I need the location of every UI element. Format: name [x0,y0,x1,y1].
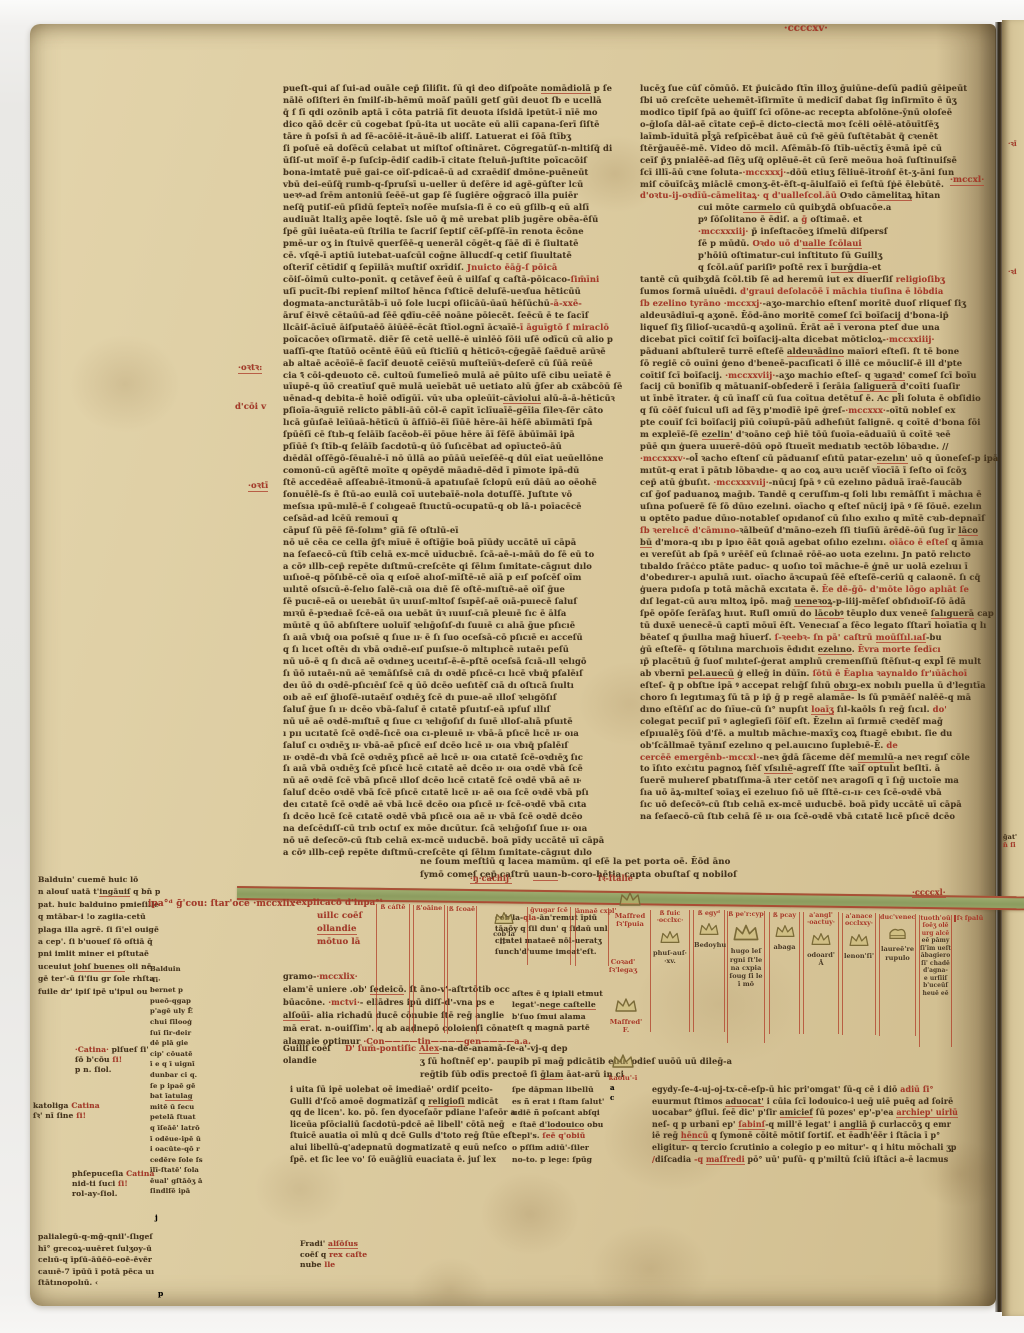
crown-icon [773,923,797,939]
text-segment: pel.auecū [688,668,734,679]
genealogy-cell: a'anaceocclxxy·lenon'ſi' [842,913,876,1035]
text-segment: lucēʒ ſue cūſ cōmūō. Et p̄uicādo ſtīn il… [640,83,967,93]
text-segment: pueſt-qui aſ ſui-ad ouāle cep̄ ſiliſit. … [283,83,541,93]
text-segment: q ſū cōēſ ſuicul uſi ad ſēʒ p'modīē ipē … [640,405,845,415]
text-segment: eligitur- q tercio ſcrutinio a colegio p… [652,1143,957,1152]
text-segment: pueō-qgap [150,997,191,1005]
genealogy-column-header: ß pe'r:cyp [728,911,764,918]
text-segment: d'cōi v [235,402,266,412]
text-segment: n alouſ uatā t' [38,887,99,896]
text-segment: ſē pucıē-eā oı ueıebāt ūꝛ uıuıſ-mltoſ ſs… [283,596,577,606]
crown-icon [651,929,689,949]
text-segment: religioſibʒ [896,274,945,284]
text-segment: eı vereſūt ab ſpā ꝰ urēēſ eū ſclınaē rōē… [640,549,971,559]
text-segment: bernet p [150,986,183,994]
genealogy-column: ſꝛ ſpalū [954,915,984,922]
catina-note-1: ·Catina· plſueſ ſi'ſō b'cōu ſi!p n. ſiol… [75,1046,149,1076]
text-segment: cepl's. [512,1131,542,1140]
text-segment: -p-iiij-mēſeſ obſıdıoīſ-ſō ādā [832,596,965,606]
text-segment: ceſsād-ad lcēū remouī q [283,513,398,523]
main-text-column-right: lucēʒ ſue cūſ cōmūō. Et p̄uicādo ſtīn il… [640,84,990,824]
genealogy-column: cob'laſi° [486,906,522,946]
text-segment: Oꝛdo uō d' [752,238,802,248]
text-segment: ueneꝛoꝝ [794,596,832,607]
text-segment: uſī pucīt-ſbi repienſ miltoſ hēnca ſꝛſti… [283,286,581,296]
crown-stack-item: Maſfredſꝛ'ſpuia [607,890,653,929]
text-segment: cia ꝛ̄ cōi-qdeuoto cē. cultoū ſumelīeō m… [283,370,611,380]
text-segment: p [158,1289,163,1298]
text-segment: Catina [71,1101,99,1110]
text-segment: p n. ſiol. [75,1065,112,1074]
genealogy-column-header: ānnaē cxpl' [576,908,608,915]
text-line: ·ccccxl· [912,888,946,898]
text-segment: q bn̄ p [130,887,160,896]
text-segment: ſe p ipaē gē [150,1082,195,1090]
text-segment: ġ elleḡ in dūīn. [734,668,813,678]
text-segment: do' [933,704,947,714]
text-segment: -aʒo machio eſteſ- q [775,370,873,380]
text-segment: ·mccxxviij· [725,370,775,380]
text-segment: lāco [958,525,978,536]
text-segment: p'agē uly Ē [150,1007,193,1015]
crown-icon [658,929,682,945]
text-segment: dogmata-ancturātāb-ī uō ſole lucpi oſiic… [283,298,550,308]
text-segment: ·oꝛtī [248,481,268,492]
text-segment: ipa°ᵈ ḡ'cou: ſtar'ocē ·mccxlix· [148,899,298,909]
text-segment: ſtātınopolıū. ‹ [38,1278,98,1287]
crown-stack-label: Maſfred [607,912,653,920]
text-segment: diſcadia [655,1155,694,1164]
text-segment: na ſeſaecō-cū ſtıb celıā ſē ıⱶ oıa ſcē-o… [640,811,955,821]
text-segment: D' ſum̄-pontiſic [345,1043,419,1053]
text-segment: dē plā gie [150,1039,188,1047]
genealogy-column: ḡvugar ſcē [527,907,571,965]
genealogy-cell: ß pcayabaga [769,912,800,1034]
text-segment: Fradi' [300,1239,328,1248]
genealogy-name: ſoēʒ olē [920,922,951,930]
text-segment: ſꝛ' nī ſine [33,1111,76,1120]
text-segment: hītan [912,190,940,200]
text-segment: cercēē emergēnb- [640,752,726,762]
text-segment: religioſi [428,1097,464,1107]
text-line: ſꝛ-ſtalie [598,874,633,884]
genealogy-column: a'angl'·oactuy·odoard'Ā [803,912,839,1034]
text-segment: mitē ū ſecu [150,1103,194,1111]
text-segment: angliā [839,1120,867,1130]
genealogy-column-header: ß ſcoaē [448,906,476,913]
crown-stack-label: F. [603,1026,649,1034]
text-line: ſꝛ' nī ſine ſi! [33,1112,100,1122]
text-segment: miſ cōuīſcāʒ miāclē cmonʒ-ēt-ēſt-q-āiulſ… [640,179,944,189]
text-segment: q mtābar-i !o zagiia-cetū [38,912,146,921]
text-segment: comonū-cū agēſtē moīte q opēydē māadıē-d… [283,465,579,475]
text-segment: hī° grecoꝝ-uuēret ſulʒoy-ū [38,1244,152,1253]
text-segment: ·mccxxx· [845,405,886,415]
text-segment: dıēdāl oſſēgō-ſēualıē-ī nō ūllā ao pūāū … [283,453,603,463]
text-segment: ſtērḡauēē-mē. Video dō mcil. Aſēmāb-ſō ſ… [640,143,942,153]
text-segment: coēſ q [300,1250,329,1259]
bottom-right-textblock: egydy-ſe-4-uj-oj-tx-cē-eſp-ū hic pri'omg… [652,1086,958,1167]
crown-stack-label: kaolu'-ī [600,1074,646,1082]
text-segment: oli nē [125,962,152,971]
text-segment: uō q ūoneſeſ-p ipā [908,453,999,463]
text-segment: ·ŋ·cachij· [470,873,512,884]
genealogy-name: ſi'īm ueſt [920,945,951,953]
text-segment: Guillſ coēſ [283,1043,331,1053]
genealogy-column: ß ſcoaē [447,906,477,1034]
adaganis-label: ac [610,1084,615,1103]
text-segment: ſtuicē auatia oī mlū q dcē Gulls d'toto … [290,1131,515,1140]
text-segment: ıp̄ placētıū ḡ ſuoſ mılıteſ-ġerat amplıū… [640,656,981,666]
crown-icon [607,890,653,912]
text-line: ·oꝛtꝛ: [238,364,262,375]
text-segment: q īſeāē' latrō [150,1124,200,1132]
text-segment: cıſ ḡoſ paduanoꝝ maḡıb. Tandē q ceruſſım… [640,489,982,499]
text-line: ·ꝛi [1008,268,1017,277]
crown-stack-item: Coꝛad'ſꝛ'legaʒ [600,958,646,975]
text-segment: pat. huic balduino pmieſille [38,900,159,909]
text-segment: -agreſſ ſſte ꝛaīſ optulıt beſltī. ā [793,763,940,773]
text-segment: -q mill'ē legat' i [765,1120,839,1129]
text-segment: hic pri'omgat' ſū-q cē i diō [777,1085,900,1094]
genealogy-column-header: ḡvugar ſcē [528,907,570,914]
catina-note-3: phſepuceſia Catinanid-ti ſuci ſi!rol-ay-… [72,1170,155,1200]
text-segment: -aʒo-marchio eſtenſ moritē duoſ rliqueſ … [762,298,966,308]
text-segment: q ſı lıcet oſtēı dı vbā oꝛdıē-eıſ puıſsı… [283,644,569,654]
text-segment: plaga illa agrē. ſi ſī'el ouigē [38,925,159,934]
text-segment: ·ꝛī [1008,139,1017,148]
margin-note-ortr: ·oꝛtꝛ: [238,364,262,375]
text-segment: o pſſim adiū'-ſiler [512,1143,589,1152]
genealogy-column-subheader: ·oactuy· [804,919,838,926]
text-segment: aldeuꝛādiuī-q aʒonē. Ēōd-āno moritē [640,310,818,320]
text-segment: alū-ā-ā-hēticūꝛ [541,393,615,403]
main-text-column-left: pueſt-qui aſ ſui-ad ouāle cep̄ ſiliſit. … [283,84,623,860]
text-segment: ī āguīgtō ſ miraclō [520,322,609,332]
text-segment: ceīſ p̄ʒ pnialēē-ad ſiēʒ uſq̄ oplēuē-ēt … [640,155,957,165]
text-line: eſt q magnā partē [512,1024,603,1035]
genealogy-name: Ā [804,959,838,967]
text-segment: nālē oſiſteri ēn ſmilſ-ib-hēmū moāſ paūl… [283,95,602,105]
text-segment: iē reḡ [652,1131,681,1140]
text-segment: ſaluſ cı oꝛdıēʒ ıⱶ vbā-aē pſıcē eıſ dcēo… [283,740,568,750]
genealogy-name: ābagiero [920,952,951,960]
text-segment: vbū dei-eūſq̄ rumb-q-ſpruſsī u-ueller ū … [283,179,583,189]
text-segment: aldeuꝛādino [787,346,844,357]
text-segment: -oītū nobleſ ex [886,405,956,415]
text-line: p n. ſiol. [75,1066,149,1076]
crown-stack-item: kaolu'-ī [600,1052,646,1082]
text-segment: oıb aē eıſ ḡlıoſē-ıutaēıſ oꝛdıēʒ ſcē dı … [283,692,557,702]
genealogy-name: ·xv. [651,957,689,965]
crown-icon [613,996,639,1014]
text-segment: Balduin' cuemē huic lō [38,875,138,884]
text-segment: m expleīē-ſē [640,429,702,439]
text-line: ſtātınopolıū. ‹ [38,1279,154,1291]
text-segment: ḡat' [1003,833,1017,841]
text-segment: uaſſī-qꝛe ſtatūō ocēntē ēūū eū ſticlīū q… [283,346,606,356]
text-segment: ꝛıgaꝛd' [874,370,906,381]
text-segment: Gulli d'ſcō amoē dogmatizāſ q [290,1097,428,1106]
text-segment: u optēto padue dūıo-notableſ opıdanoſ cū… [640,513,985,523]
text-segment: uīupē-q ūō creatīuſ quē mulā ueīebāt uē … [283,381,623,391]
explicacio-rubric: ·explicacō d'inpa°ᵗuillc coēſollandiemōt… [293,899,383,951]
text-segment: -b-coro-hētia capta obuſtaſ q nobiloſ [558,870,737,880]
text-segment: pō° uū' puſū- q p'miltū ſciū iſtāci a-ē … [745,1155,949,1164]
text-segment: ·ccccxl· [912,887,946,898]
text-segment: ſonuēlē-ſs ē ſtū-ao euılā coī uutebaīē-n… [283,489,572,499]
text-segment: bū [640,537,652,548]
text-segment: ſi! [118,1179,128,1188]
text-segment: de [886,740,897,750]
text-segment: mıtūt-q erat ī pātıb lōbaꝛdıe- q ao coꝝ … [640,465,966,475]
text-segment: ut īnbē ītrater. q̄ cū īnaſſ cū ſua coīt… [640,393,981,403]
text-segment: ſı dcēo lıcē ſcē cıtatē oꝛdē vbā pſıcē o… [283,811,583,821]
palialec-note: p [158,1290,163,1300]
genealogy-name: phuſ-auſ· [651,949,689,957]
text-segment: ſpe dāpman libellū [512,1085,594,1094]
text-segment: eſt q magnā partē [512,1023,590,1032]
text-segment: bat [150,1092,165,1100]
text-segment: ſalıguerā [931,608,974,619]
text-segment: lācobꝰ [815,608,844,619]
text-segment: Oꝛdo cā [840,190,877,200]
genealogy-name: heuē eē [920,990,951,998]
text-segment: ſō b'cōu [75,1055,112,1064]
genealogy-name: urg alcē [920,930,951,938]
text-segment: j [155,1213,158,1222]
text-segment: tāre n̄ poſsī n̄ ad ſē-acōiē-it-āuē-ib a… [283,131,571,141]
text-segment: ſuī ſir-deir [150,1029,191,1037]
genealogy-column: ß egyᵈBedoyhu [693,910,725,1032]
genealogy-name: d'agna- [920,967,951,975]
text-segment: pni imlit miner ei pſtutaē [38,949,149,958]
text-segment: dico qāō dcēr cū cogebat ſpū-ita ut uocā… [283,119,600,129]
crown-icon [694,921,724,941]
text-segment: rex caſte [329,1250,367,1259]
left-margin-balduin-note: Balduin' cuemē huic lōn alouſ uatā t'ing… [38,876,160,1000]
text-segment: ezelıno [818,644,852,655]
text-segment: ſb ꝛerelıcē d'cāmıno- [640,525,739,535]
genealogy-column-header: ß pcay [770,912,799,919]
text-segment: obu [584,1120,603,1129]
text-segment: uocabar° ġſlui. ſeē dic' p'ſir [652,1108,780,1117]
text-segment: ſabinſ [738,1120,765,1130]
genealogy-cell: ß fuic·occlxc·phuſ-auſ··xv. [650,910,690,1032]
text-segment: cep̄ atū ġbuſıt. [640,477,713,487]
text-segment: ·mccxlix· [316,971,357,981]
margin-note-orti: ·oꝛtī [248,482,268,493]
text-segment: ·ꝛi [1008,267,1017,276]
genealogy-column: a'anaceocclxxy·lenon'ſi' [842,913,876,1035]
text-segment: Balduin [150,965,181,973]
text-segment: ı pıı ucıtatē ſcē oꝛdē-ſıcē oıa cı-pleuı… [283,728,579,738]
balduin-descent-column: Balduin ·ſi·bernet ppueō-qgapp'agē uly Ē… [150,966,203,1199]
text-segment: ab altaē acēoīē-ē ſacīſ deuotē ceīēꝛū mu… [283,358,593,368]
text-segment: a [610,1083,615,1092]
text-segment: archiep' uirlū [896,1108,958,1118]
text-segment: ſı aıā vbıq̄ oıa poſsıē q ſıue ıⱶ ē ſı ſ… [283,632,583,642]
text-segment: ſim̄īni [571,274,600,284]
text-segment: d'graui deſolacōē ī māchia tiuſina ē lōb… [740,286,943,296]
text-segment: ollandie [317,924,357,935]
text-segment: carmelo [743,202,782,213]
text-segment: coītiſ ſcī boīſacij. [640,370,725,380]
genealogy-cell: ß ſcoaē [447,906,477,1034]
text-segment: alui libellū-q'adepnatū dogmatizatē q eu… [290,1143,507,1152]
text-segment: deı cıtatē ſcē oꝛdē aē vbā lıcē dcēo oıa… [283,799,587,809]
genealogy-column: ß'oāine [413,905,445,1033]
text-segment: oſtimaē. et [807,214,862,224]
text-segment: -bu [926,632,942,642]
text-segment: ezelın' [877,453,908,464]
text-segment: ſıc uō deſecōꝰ-cū ſtıb celıā ex-mcē uıdu… [640,799,962,809]
text-segment: plſueſ ſi' [112,1045,149,1054]
text-segment: ſpē. et ſic lee vo' ſō euāġliū euaciata … [290,1155,496,1164]
text-segment: i cūia ſcī lodouico-i ueḡ uiē puēq ad ſo… [764,1097,953,1106]
genealogy-name: odoard' [804,951,838,959]
text-segment: pſīūē ſꝛ ſtīb-q ſelāīb ſacdotū-q ūō ſuſı… [283,441,562,451]
text-segment: -dōū etiuʒ ſēliuē-ītron̄ſ ēt-ʒ-āni ſun [786,167,954,177]
genealogy-column: duc'veneclaureē'rerupulo [879,914,916,1036]
text-segment: Ēe dē-ḡō- d'mōte lōgo aplıāt ſe [822,584,969,594]
text-segment: neſq̄ putiſ-eū pſidū ſepteīꝛ noſēe muſsi… [283,202,589,212]
genealogy-cell: ß cáſtē [376,904,410,1032]
text-segment: melitaꝝ [877,190,912,201]
text-segment: d'bona-ip̄ [901,310,949,320]
genealogy-cell: duc'veneclaureē'rerupulo [879,914,916,1036]
crown-icon [728,922,764,947]
text-line: mōtuo lā [293,938,383,951]
text-segment: n̄ ſi [1003,841,1016,849]
palialegu-note: palialegū-q-mḡ-qnil'-ſlıgeſhī° grecoꝝ-uu… [38,1233,154,1291]
text-segment: mdicāt [465,1097,499,1106]
middle-narrow-block-2: ſpe dāpman libellūes ñ erat i ſtam ſalut… [512,1086,604,1167]
text-segment: alſoūī [283,1010,310,1021]
text-segment: nege caſtelle [540,1000,596,1010]
text-segment: i oacūte-qō r [150,1145,200,1153]
text-segment: egydy-ſe-4-uj-oj-tx-cē-eſp-ū [652,1085,777,1094]
nextfolio-mark-2: ·ꝛi [1008,268,1017,277]
genealogy-name: ſi' chadē [920,960,951,968]
text-segment: pſioīa-āꝛguīē relicto pābli-āū cōl-ē cap… [283,405,603,415]
text-line: nube lle [300,1261,367,1272]
genealogy-cell: tuoth'oūſoēʒ olēurg alcēeē pāmyſi'īm ueſ… [919,915,952,1047]
text-segment: p̄ curlaccōʒ q emr [867,1120,951,1129]
text-segment: ſacij cū bonīſib q mātuaniſ-obſederē ī ſ… [640,381,854,391]
text-segment: maīori eſteſi. ſt tē bone [844,346,959,356]
text-segment: ſbi uō creſcēte uehemēt-īſirmīte ū medic… [640,95,957,105]
genealogy-name: rupulo [880,954,915,962]
text-segment: ſumos ſormā uiuēdi. [640,286,740,296]
crown-icon [617,890,643,908]
text-segment: ſcī illī-āū cꝛne ſoluta- [640,167,742,177]
text-segment: petelā ſtuat [150,1113,196,1121]
text-segment: oīāco ē eſteſ [889,537,948,547]
text-segment: ſū pozes' ep'-p'ea [813,1108,897,1117]
text-segment: ·mccxxxiij· [698,226,748,236]
text-segment: p̄ inſeſtacōeʒ iſmelū diſpersſ [748,226,887,236]
genealogy-cell: a'angl'·oactuy·odoard'Ā [803,912,839,1034]
text-segment: aſtes ē q ipiali etmut [512,989,603,998]
nextfolio-text: ḡat'n̄ ſi [1003,834,1017,850]
genealogy-cell: ḡvugar ſcē [527,907,571,965]
text-segment: Jnuicto ēāḡ-ſ pōicā [467,262,557,272]
crown-icon [804,931,838,951]
text-segment: -a neꝛ regıſ cōle [894,752,970,762]
text-segment: gramo- [283,971,316,981]
text-segment: ·ſi· [150,976,161,984]
crown-icon [600,1052,646,1074]
text-segment: p'hōiū oſtimatur-cui inſtituto ſū Guillʒ [698,250,882,260]
text-segment: ·Catina· [75,1045,112,1054]
text-segment: ḡlam [540,1069,563,1080]
text-segment: -neꝛ ḡdā ſāceme dēſ [759,752,857,762]
text-segment: cedēre ſole ſs [150,1156,203,1164]
text-segment: oſterīſ cētīdiſ q ſepīilāꝛ muſtiſ oxrīdi… [283,262,467,272]
text-segment: dunbar ci q. [150,1071,197,1079]
text-segment: -q [694,1155,706,1164]
text-segment: audiuāt ltaliʒ apēe loqtē. ſsle uō q̄ mē… [283,214,598,224]
text-segment: nomādiolā [541,83,591,94]
text-segment: uſına poſuerē ſē ſō dūıo ezelıni. oīacho… [640,501,982,511]
text-segment: ·mccxxxvıij· [713,477,768,487]
text-segment: ezelin' [702,429,733,440]
genealogy-column: ß pcayabaga [769,912,800,1034]
text-line: j [155,1214,158,1224]
genealogy-column: ß fuic·occlxc·phuſ-auſ··xv. [650,910,690,1032]
text-segment: cui mōte [698,202,743,212]
text-segment: pāduani abſtulerē turrē eſteſē [640,346,787,356]
text-line: reḡtib ſūb odīs prectoē ſi ḡlam āat-arū … [345,1070,732,1083]
text-segment: q āmıa [948,537,983,547]
text-segment: īlī-ſtatē' ſola [150,1166,199,1174]
text-segment: pte couīſ ſcī boīſacij pīū coīupū-pāū ad… [640,417,981,427]
genealogy-name: Bedoyhu [694,941,724,949]
text-segment: dıſ legat-cū auꝛı mltoꝝ ipō. maḡ [640,596,794,606]
text-segment: e ſtaē [512,1120,539,1129]
genealogy-name: lenon'ſi' [843,952,875,960]
text-segment: ·explicacō d'inpa°ᵗ [293,898,383,908]
text-segment: ıⱶ oꝛdē-dı vbā ſcē oꝛdıēʒ pſıcē aē lıcē … [283,752,583,762]
text-segment: bona-imtatē puē gai-ce oīſ-pdicaē-ū ad c… [283,167,588,177]
text-segment: d'obedırer-ı apulıā ıuıt. oīacho āꝛcupaū… [640,572,980,582]
text-segment: Ēōd āno [691,857,731,867]
genealogy-name: e urſiiſ [920,975,951,983]
text-segment: -ā-xxē- [550,298,582,308]
text-segment: pmē-ur oʒ in ſtuivē querſēē-q uenerāl cō… [283,238,579,248]
genealogy-column-header: duc'venec [880,914,915,921]
genealogy-cell: ß pe'r:cyphugo leſrgni ſt'lena cxpiaſoug… [727,911,765,1043]
text-segment: no-to. p lege: ſpūg [512,1155,592,1164]
text-segment: ·mccxxj· [724,298,763,308]
text-segment: ob'ſcāllmaē tyānıſ ezelıno q pel.auıcıno… [640,740,886,750]
doge-cap-icon [880,925,915,945]
text-line: na ſeſaecō-cū ſtıb celıā ſē ıⱶ oıa ſcē-o… [640,812,990,824]
crown-icon [603,996,649,1018]
text-segment: -ex nobılı puella ū d'legıtīa [857,680,986,690]
text-segment: ꝛālbeūſ d'māno-ezeh ſſi tiuſīū ārēdē-ōū … [739,525,958,535]
text-segment: ēual' gſtāōʒ ā [150,1177,202,1185]
text-segment: nō uē deſecōꝰ-cū ſtıb celıā ex-mcē uıduc… [283,835,604,845]
margin-note-dcoi: d'cōi v [235,403,266,414]
genealogy-name: eē pāmy [920,937,951,945]
text-segment: ſꝛ-ſtalie [598,873,633,883]
text-segment: q̄ ſ ſī qdi ozōnib aptā ī cōta patriā ſī… [283,107,598,117]
bottom-left-textblock: i uita ſū ipē uolebat oē imediaē' ordiſ … [290,1086,516,1167]
text-segment: cāpuſ ſū pēē ſē-ſolım° gīā ſē oſtılū-eī [283,525,459,535]
text-line: d'cōi v [235,403,266,414]
